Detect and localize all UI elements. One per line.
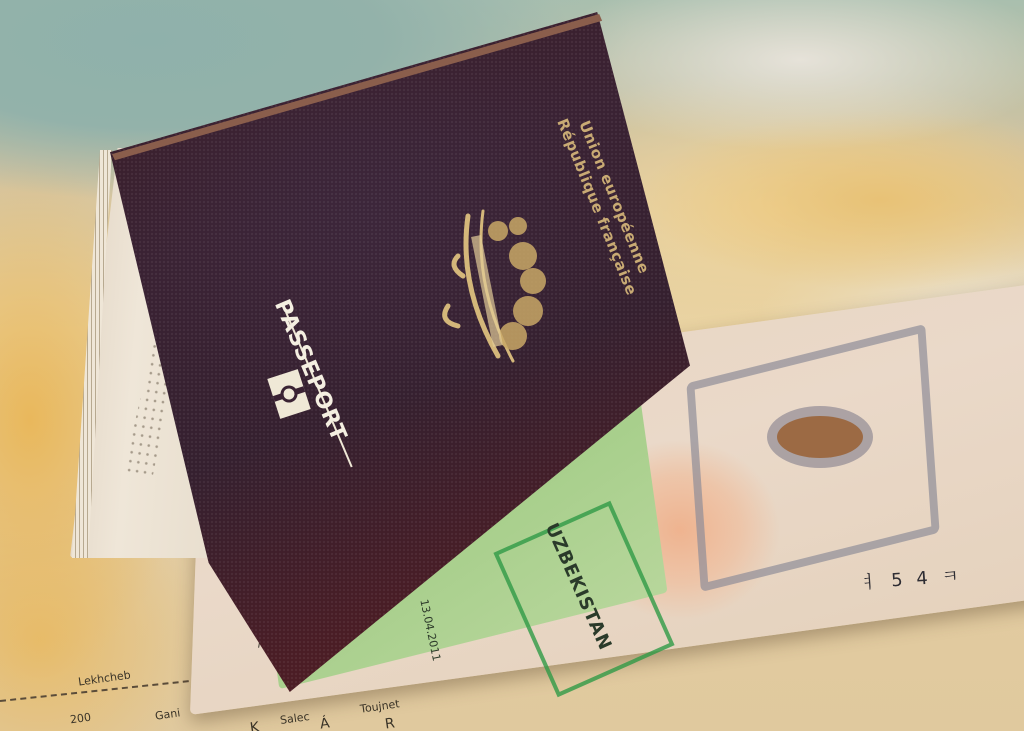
map-label: R bbox=[384, 715, 396, 731]
map-label: Á bbox=[319, 715, 331, 731]
coat-of-arms-icon bbox=[428, 196, 558, 376]
stamp-seal bbox=[777, 416, 863, 458]
photo-scene: Lekhcheb Gani 200 Salec Toujnet Á R K ㅕ … bbox=[0, 0, 1024, 731]
